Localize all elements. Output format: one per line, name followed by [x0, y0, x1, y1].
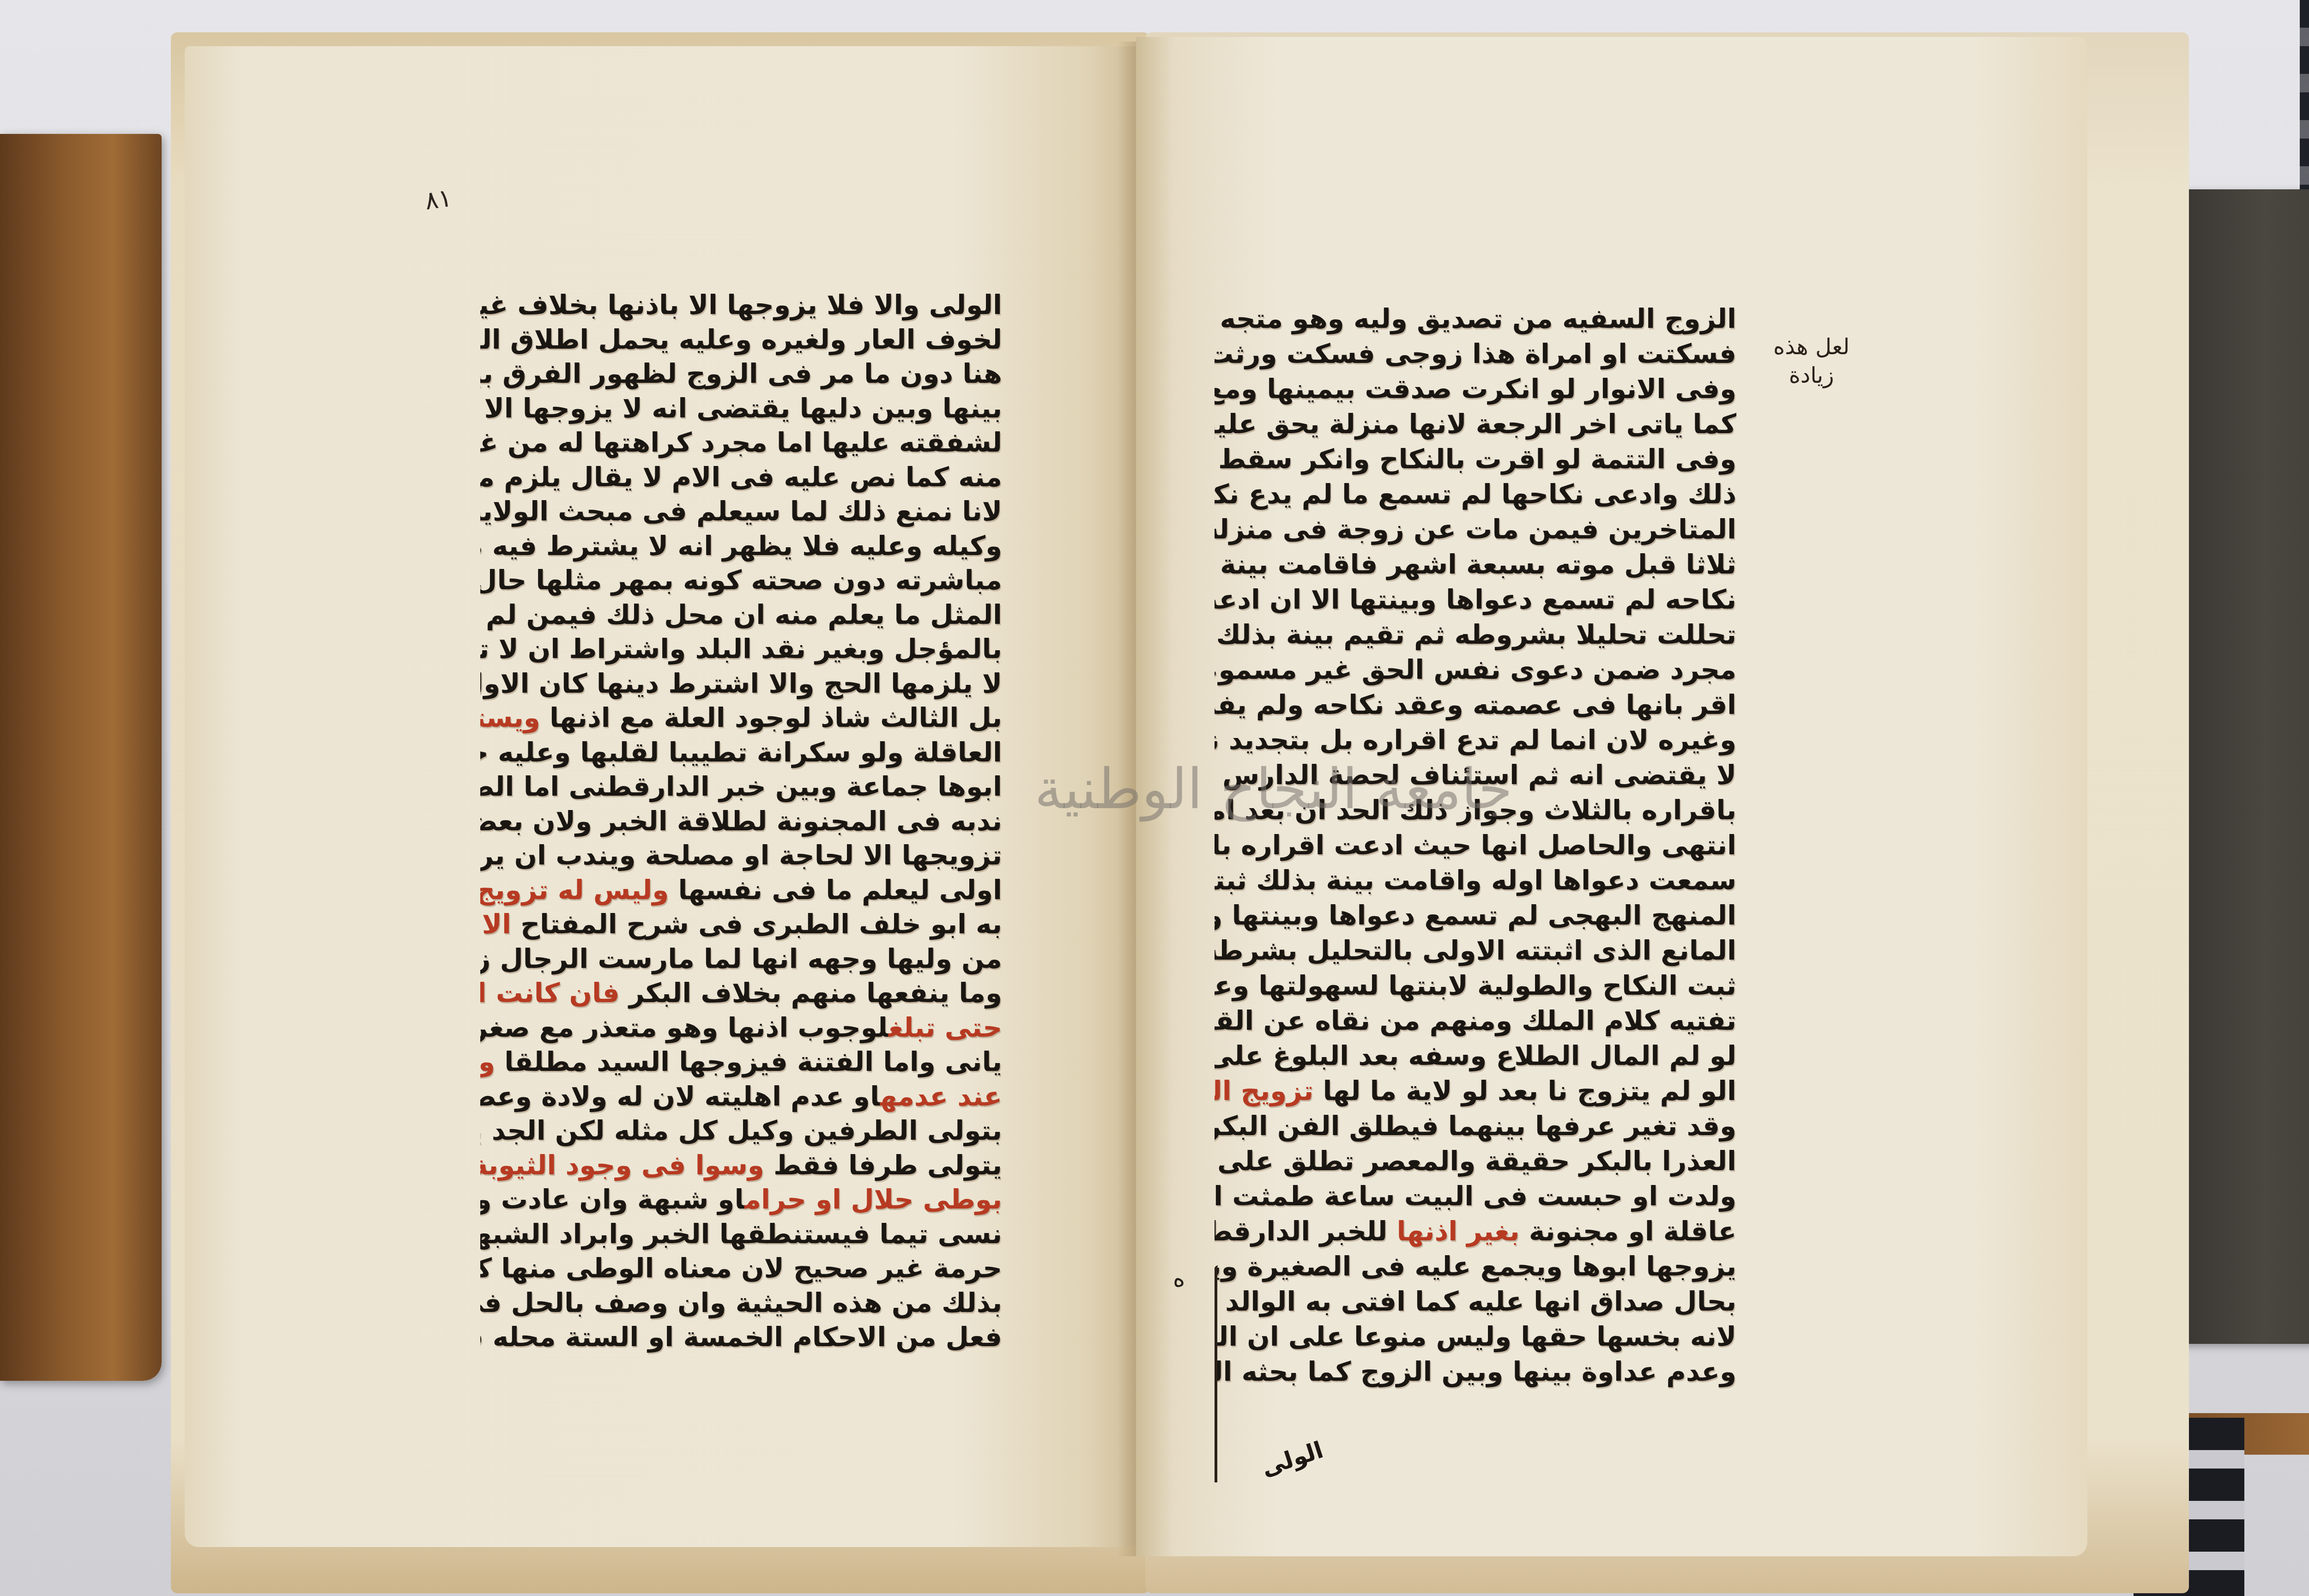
library-watermark: جامعة النجاح الوطنية	[1034, 757, 1512, 822]
manuscript-line: وعدم عداوة بينها وبين الزوج كما بحثه الع…	[1215, 1348, 1736, 1395]
line-text: يزوجها ابوها ويجمع عليه فى الصغيرة ويشتر…	[1215, 1251, 1736, 1282]
line-text: وغيره لان انما لم تدع اقراره بل بتجديد ن…	[1215, 724, 1736, 756]
line-text: المنهج البهجى لم تسمع دعواها وبينتها وتر…	[1215, 900, 1736, 931]
line-text: سمعت دعواها اوله واقامت بينة بذلك ثبتت و…	[1215, 864, 1736, 896]
line-text: تفتيه كلام الملك ومنهم من نقاه عن القديم…	[1215, 1005, 1736, 1036]
line-text: وفى التتمة لو اقرت بالنكاح وانكر سقط حكم…	[1215, 443, 1736, 475]
line-text: ثبت النكاح والطولية لابنتها لسهولتها وعن…	[1215, 970, 1736, 1001]
line-text: نكاحه لم تسمع دعواها وبينتها الا ان ادعت…	[1215, 584, 1736, 615]
catchword: الولى	[1258, 1436, 1326, 1481]
line-text: تحللت تحليلا بشروطه ثم تقيم بينة بذلك بخ…	[1215, 619, 1736, 650]
left-page: ٨١ الولى والا فلا يزوجها الا باذنها بخلا…	[185, 46, 1145, 1547]
right-book-board	[2180, 189, 2309, 1344]
marginal-note-line-2: زيادة	[1773, 361, 1850, 390]
line-text: فسكتت او امراة هذا زوجى فسكت ورثت المقرو…	[1215, 338, 1736, 369]
line-text: ولدت او حبست فى البيت ساعة طمثت او راهقت…	[1215, 1180, 1736, 1212]
photo-scene: ٨١ الولى والا فلا يزوجها الا باذنها بخلا…	[0, 0, 2309, 1596]
line-text: المانع الذى اثبتته الاولى بالتحليل بشرطه…	[1215, 935, 1736, 966]
line-tail-text: للخبر الدارقطنى الثيب احق بنفسها من وليه…	[1215, 1215, 1387, 1247]
line-text: لانه بخسها حقها وليس منوعا على ان اليسار…	[1215, 1321, 1736, 1352]
line-text: عاقلة او مجنونة	[1529, 1215, 1736, 1247]
line-text: كما ياتى اخر الرجعة لانها منزلة يحق عليه…	[1215, 408, 1736, 440]
rubric-text: بغير اذنها	[1387, 1215, 1529, 1247]
line-text: بحال صداق انها عليه كما افتى به الوالد ر…	[1215, 1286, 1736, 1317]
line-text: لو لم المال الطلاع وسفه بعد البلوغ على ا…	[1215, 1040, 1736, 1071]
left-leather-cover	[0, 134, 162, 1381]
line-text: اقر بانها فى عصمته وعقد نكاحه ولم يفصل ب…	[1215, 689, 1736, 720]
line-text: ثلاثا قبل موته بسبعة اشهر فاقامت بينة با…	[1215, 549, 1736, 580]
line-text: المتاخرين فيمن مات عن زوجة فى منزله فشهد…	[1215, 514, 1736, 545]
manuscript-line: فعل من الاحكام الخمسة او الستة محله فى ف…	[480, 1314, 1002, 1360]
line-text: وعدم عداوة بينها وبين الزوج كما بحثه الع…	[1215, 1356, 1736, 1387]
marginal-note-line-1: لعل هذه	[1773, 332, 1850, 361]
background-shelf-rack	[2300, 0, 2309, 194]
faded-stamp-impression	[836, 965, 942, 1159]
rubric-text: تزويج البكر	[1215, 1075, 1323, 1106]
line-text: فعل من الاحكام الخمسة او الستة محله فى ف…	[480, 1321, 1002, 1353]
line-text: مجرد ضمن دعوى نفس الحق غير مسموعة على ال…	[1215, 654, 1736, 685]
line-text: ذلك وادعى نكاحها لم تسمع ما لم يدع نكاحا…	[1215, 478, 1736, 510]
margin-correction-mark: ه	[1173, 1265, 1185, 1292]
line-text: الو لم يتزوج نا بعد لو لاية ما لها	[1323, 1075, 1736, 1106]
marginal-note: لعل هذه زيادة	[1773, 332, 1850, 390]
line-text: الزوج السفيه من تصديق وليه وهو متجه ولو …	[1215, 303, 1736, 334]
margin-bracket-line	[1215, 1265, 1218, 1482]
folio-number: ٨١	[423, 183, 453, 215]
line-text: وقد تغير عرفها بينهما فيطلق الفن البكر ع…	[1215, 1110, 1736, 1142]
line-text: وفى الانوار لو انكرت صدقت بيمينها ومع ذل…	[1215, 373, 1736, 405]
line-text: انتهى والحاصل انها حيث ادعت اقراره بانها…	[1215, 829, 1736, 861]
line-text: العذرا بالبكر حقيقة والمعصر تطلق على مقا…	[1215, 1145, 1736, 1177]
